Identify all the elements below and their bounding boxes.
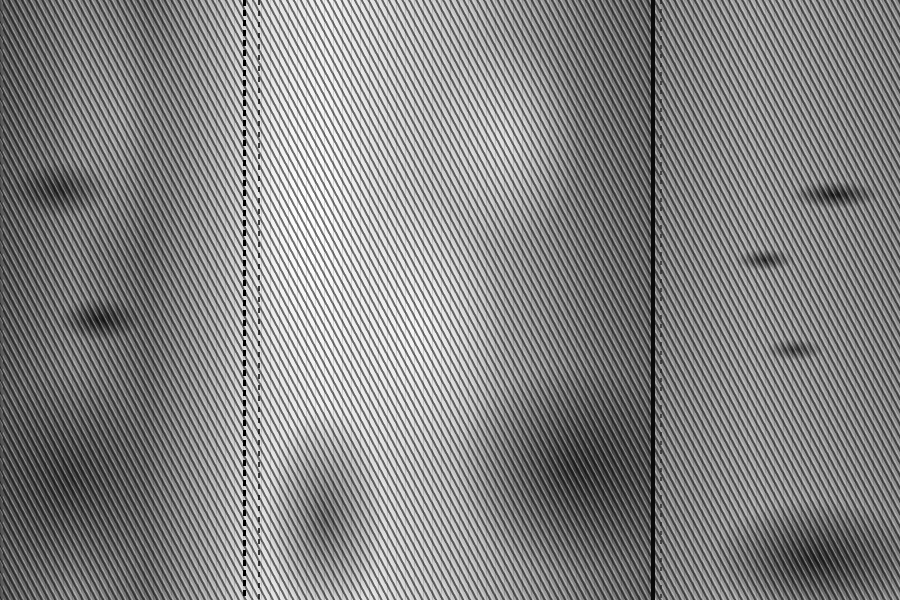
plank-seam-left bbox=[243, 0, 246, 600]
plank-middle bbox=[245, 0, 655, 600]
plank-seam-left-edge bbox=[258, 0, 260, 600]
plank-seam-right bbox=[651, 0, 655, 600]
plank-seam-right-edge bbox=[660, 0, 662, 600]
wood-plank-texture bbox=[0, 0, 900, 600]
plank-left bbox=[0, 0, 245, 600]
plank-right bbox=[655, 0, 900, 600]
